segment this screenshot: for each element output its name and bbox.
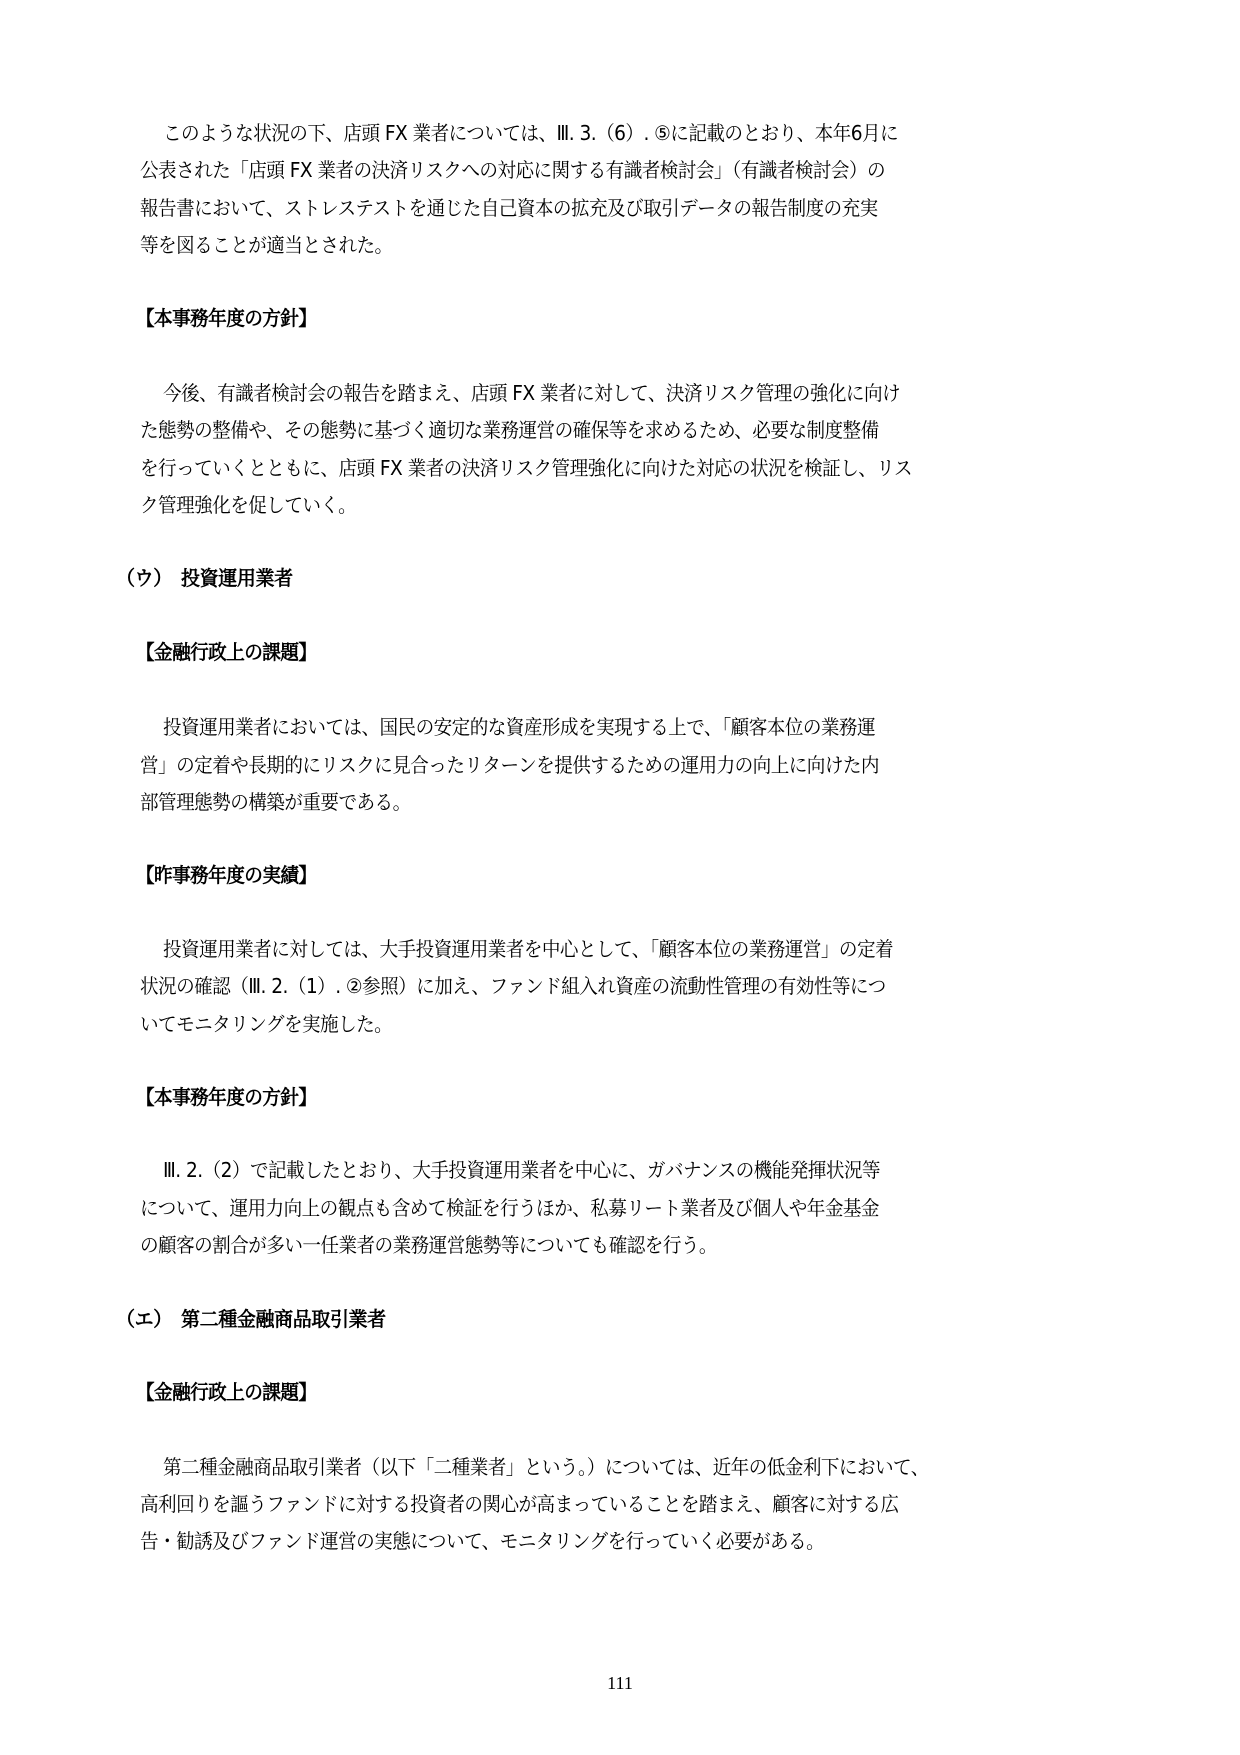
text-line: このような状況の下、店頭 FX 業者については、Ⅲ. 3.（6）. ⑤に記載のと… <box>163 121 898 145</box>
subheading-policy-this-year: 【本事務年度の方針】 <box>136 306 316 330</box>
subheading-issues: 【金融行政上の課題】 <box>136 1380 316 1404</box>
text-line: 部管理態勢の構築が重要である。 <box>140 790 411 814</box>
text-line: いてモニタリングを実施した。 <box>140 1012 392 1036</box>
text-line: 告・勧誘及びファンド運営の実態について、モニタリングを行っていく必要がある。 <box>140 1529 824 1553</box>
text-line: 投資運用業者に対しては、大手投資運用業者を中心として、「顧客本位の業務運営」の定… <box>163 937 893 961</box>
text-line: 公表された「店頭 FX 業者の決済リスクへの対応に関する有識者検討会」（有識者検… <box>140 158 885 182</box>
section-heading-investment-managers: （ウ） 投資運用業者 <box>116 566 293 590</box>
text-line: 等を図ることが適当とされた。 <box>140 233 393 257</box>
text-line: 投資運用業者においては、国民の安定的な資産形成を実現する上で、「顧客本位の業務運 <box>163 715 875 739</box>
text-line: 今後、有識者検討会の報告を踏まえ、店頭 FX 業者に対して、決済リスク管理の強化… <box>163 381 900 405</box>
text-line: ク管理強化を促していく。 <box>140 493 356 517</box>
subheading-policy-this-year: 【本事務年度の方針】 <box>136 1085 316 1109</box>
subheading-results-last-year: 【昨事務年度の実績】 <box>136 863 316 887</box>
text-line: について、運用力向上の観点も含めて検証を行うほか、私募リート業者及び個人や年金基… <box>140 1196 879 1220</box>
text-line: Ⅲ. 2.（2）で記載したとおり、大手投資運用業者を中心に、ガバナンスの機能発揮… <box>163 1158 880 1182</box>
text-line: 報告書において、ストレステストを通じた自己資本の拡充及び取引データの報告制度の充… <box>140 196 878 220</box>
text-line: 高利回りを謳うファンドに対する投資者の関心が高まっていることを踏まえ、顧客に対す… <box>140 1492 899 1516</box>
section-heading-type2-dealers: （エ） 第二種金融商品取引業者 <box>116 1307 386 1331</box>
document-page: このような状況の下、店頭 FX 業者については、Ⅲ. 3.（6）. ⑤に記載のと… <box>0 0 1240 1755</box>
text-line: 営」の定着や長期的にリスクに見合ったリターンを提供するための運用力の向上に向けた… <box>140 753 879 777</box>
text-line: を行っていくとともに、店頭 FX 業者の決済リスク管理強化に向けた対応の状況を検… <box>140 456 912 480</box>
subheading-issues: 【金融行政上の課題】 <box>136 640 316 664</box>
text-line: の顧客の割合が多い一任業者の業務運営態勢等についても確認を行う。 <box>140 1233 717 1257</box>
text-line: 状況の確認（Ⅲ. 2.（1）. ②参照）に加え、ファンド組入れ資産の流動性管理の… <box>140 974 886 998</box>
page-number: 111 <box>0 1672 1240 1694</box>
text-line: 第二種金融商品取引業者（以下「二種業者」という。）については、近年の低金利下にお… <box>163 1455 929 1479</box>
text-line: た態勢の整備や、その態勢に基づく適切な業務運営の確保等を求めるため、必要な制度整… <box>140 418 879 442</box>
